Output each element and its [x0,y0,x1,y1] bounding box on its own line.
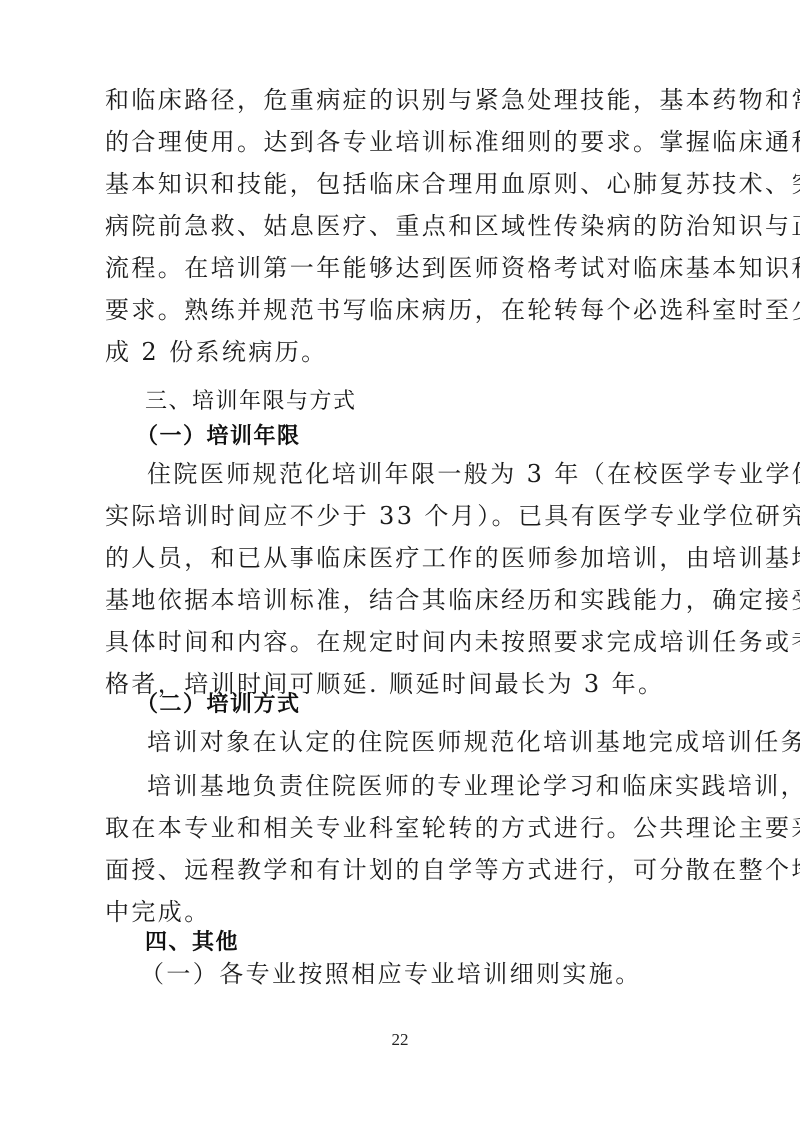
text-line: 流程。在培训第一年能够达到医师资格考试对临床基本知识和技能的 [105,247,697,289]
paragraph-clinical-skills: 和临床路径，危重病症的识别与紧急处理技能，基本药物和常用药物 的合理使用。达到各… [105,79,697,373]
section-heading-training-duration-and-method: 三、培训年限与方式 [145,387,357,417]
other-item-1: （一）各专业按照相应专业培训细则实施。 [140,953,700,995]
text-line: 病院前急救、姑息医疗、重点和区域性传染病的防治知识与正确处理 [105,205,697,247]
text-line: 要求。熟练并规范书写临床病历，在轮转每个必选科室时至少手写完 [105,289,697,331]
text-line: 的合理使用。达到各专业培训标准细则的要求。掌握临床通科常用的 [105,121,697,163]
text-line: 基地依据本培训标准，结合其临床经历和实践能力，确定接受培训的 [105,579,697,621]
text-line: 中完成。 [105,891,697,933]
text-line: 具体时间和内容。在规定时间内未按照要求完成培训任务或考核不合 [105,621,697,663]
text-line: 和临床路径，危重病症的识别与紧急处理技能，基本药物和常用药物 [105,79,697,121]
text-line: 面授、远程教学和有计划的自学等方式进行，可分散在整个培训过程 [105,849,697,891]
text-line: （一）各专业按照相应专业培训细则实施。 [140,953,700,995]
text-line: 住院医师规范化培训年限一般为 3 年（在校医学专业学位研究生 [105,453,697,495]
text-line: 培训基地负责住院医师的专业理论学习和临床实践培训，主要采 [105,765,697,807]
subsection-heading-training-duration: （一）培训年限 [136,422,301,452]
text-line: 成 2 份系统病历。 [105,331,697,373]
paragraph-training-location: 培训对象在认定的住院医师规范化培训基地完成培训任务。 [105,721,697,763]
page-number: 22 [0,1030,800,1050]
paragraph-training-duration: 住院医师规范化培训年限一般为 3 年（在校医学专业学位研究生 实际培训时间应不少… [105,453,697,705]
text-line: 实际培训时间应不少于 33 个月）。已具有医学专业学位研究生学历 [105,495,697,537]
text-line: 的人员，和已从事临床医疗工作的医师参加培训，由培训基地及专业 [105,537,697,579]
paragraph-training-approach: 培训基地负责住院医师的专业理论学习和临床实践培训，主要采 取在本专业和相关专业科… [105,765,697,933]
text-line: 基本知识和技能，包括临床合理用血原则、心肺复苏技术、突发性疾 [105,163,697,205]
document-page: 和临床路径，危重病症的识别与紧急处理技能，基本药物和常用药物 的合理使用。达到各… [0,0,800,1129]
subsection-heading-training-method: （二）培训方式 [136,690,301,720]
text-line: 培训对象在认定的住院医师规范化培训基地完成培训任务。 [105,721,697,763]
text-line: 取在本专业和相关专业科室轮转的方式进行。公共理论主要采取集中 [105,807,697,849]
